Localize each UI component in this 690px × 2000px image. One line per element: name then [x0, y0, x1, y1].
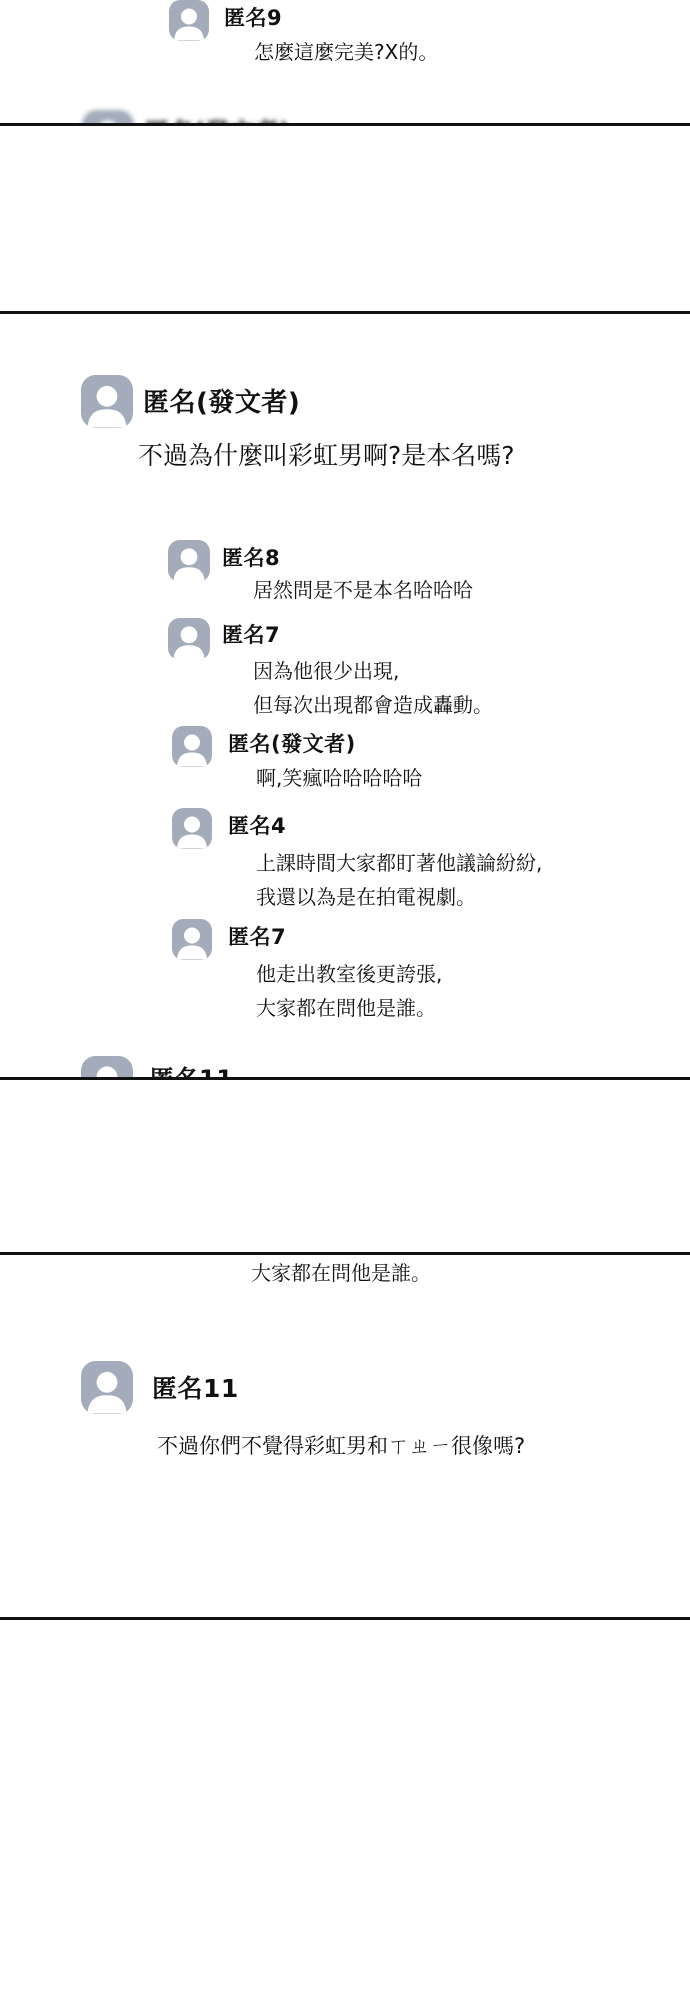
user-silhouette-icon: [169, 0, 209, 41]
user-silhouette-icon: [81, 375, 133, 428]
avatar: [168, 540, 210, 582]
avatar: [81, 1056, 133, 1077]
reply-author: 匿名7: [222, 619, 280, 649]
comic-panel-2: 匿名(發文者) 不過為什麼叫彩虹男啊?是本名嗎? 匿名8 居然問是不是本名哈哈哈…: [0, 314, 690, 1077]
comic-panel-empty: [0, 1620, 690, 2000]
reply-author: 匿名4: [228, 810, 286, 840]
user-silhouette-icon: [81, 1361, 133, 1414]
post-text: 不過為什麼叫彩虹男啊?是本名嗎?: [138, 438, 515, 474]
comment-author: 匿名11: [152, 1369, 239, 1405]
user-silhouette-icon: [172, 919, 212, 960]
avatar: [169, 0, 209, 41]
avatar: [172, 808, 212, 849]
reply-author: 匿名(發文者): [228, 728, 356, 758]
reply-text: 居然問是不是本名哈哈哈: [253, 576, 473, 605]
avatar: [168, 618, 210, 660]
comment-text: 不過你們不覺得彩虹男和ㄒㄓㄧ很像嗎?: [157, 1431, 525, 1461]
panel-divider: [0, 123, 690, 126]
user-silhouette-icon: [168, 618, 210, 660]
reply-text: 因為他很少出現, 但每次出現都會造成轟動。: [253, 654, 493, 722]
user-silhouette-icon: [172, 726, 212, 767]
comment-author: 匿名9: [224, 2, 282, 32]
comic-panel-3: 大家都在問他是誰。 匿名11 不過你們不覺得彩虹男和ㄒㄓㄧ很像嗎?: [0, 1255, 690, 1617]
reply-author: 匿名7: [228, 921, 286, 951]
reply-author: 匿名8: [222, 542, 280, 572]
reply-text: 啊,笑瘋哈哈哈哈哈: [256, 764, 422, 793]
reply-text-cutoff: 大家都在問他是誰。: [251, 1259, 431, 1288]
avatar: [81, 375, 133, 428]
comic-panel-1: 匿名9 怎麼這麼完美?X的。 匿名(發文者): [0, 0, 690, 124]
reply-text: 他走出教室後更誇張, 大家都在問他是誰。: [256, 957, 442, 1025]
user-silhouette-icon: [81, 1056, 133, 1077]
avatar: [82, 110, 134, 124]
user-silhouette-icon: [168, 540, 210, 582]
user-silhouette-icon: [172, 808, 212, 849]
avatar: [81, 1361, 133, 1414]
comment-author-cutoff: 匿名11: [150, 1059, 233, 1077]
comment-text: 怎麼這麼完美?X的。: [254, 38, 438, 67]
avatar: [172, 919, 212, 960]
post-author: 匿名(發文者): [143, 382, 300, 419]
user-silhouette-icon: [82, 110, 134, 124]
panel-divider: [0, 1077, 690, 1080]
avatar: [172, 726, 212, 767]
reply-text: 上課時間大家都盯著他議論紛紛, 我還以為是在拍電視劇。: [256, 846, 542, 914]
